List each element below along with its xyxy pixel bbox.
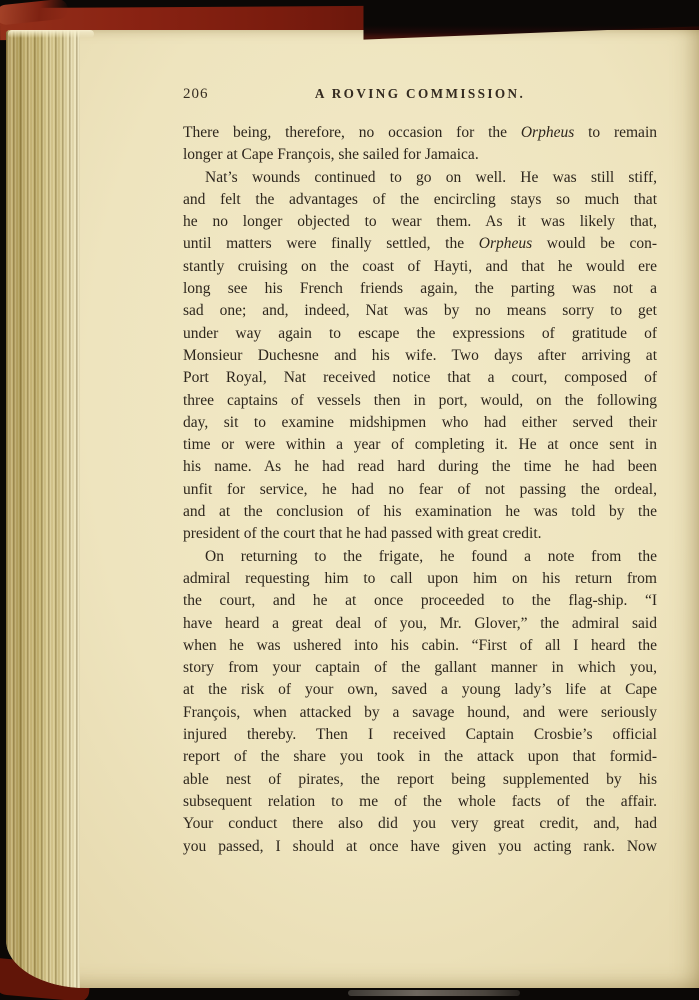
running-title: A ROVING COMMISSION.	[183, 86, 657, 102]
body-text: There being, therefore, no occasion for …	[183, 122, 657, 858]
text-line: he no longer objected to wear them. As i…	[183, 211, 657, 233]
book-cradle-edge	[348, 990, 520, 996]
text-line: the court, and he at once proceeded to t…	[183, 590, 657, 612]
text-line: his name. As he had read hard during the…	[183, 456, 657, 478]
page-number: 206	[183, 86, 209, 103]
text-line: long see his French friends again, the p…	[183, 278, 657, 300]
text-line: stantly cruising on the coast of Hayti, …	[183, 256, 657, 278]
text-line: day, sit to examine midshipmen who had e…	[183, 412, 657, 434]
paragraph: There being, therefore, no occasion for …	[183, 122, 657, 167]
text-line: On returning to the frigate, he found a …	[183, 546, 657, 568]
text-line: Port Royal, Nat received notice that a c…	[183, 367, 657, 389]
text-line: Monsieur Duchesne and his wife. Two days…	[183, 345, 657, 367]
text-line: at the risk of your own, saved a young l…	[183, 679, 657, 701]
text-line: sad one; and, indeed, Nat was by no mean…	[183, 300, 657, 322]
text-line: able nest of pirates, the report being s…	[183, 769, 657, 791]
text-line: There being, therefore, no occasion for …	[183, 122, 657, 144]
text-line: have heard a great deal of you, Mr. Glov…	[183, 613, 657, 635]
text-line: longer at Cape François, she sailed for …	[183, 144, 657, 166]
page-content: 206 A ROVING COMMISSION. There being, th…	[183, 86, 657, 858]
text-line: when he was ushered into his cabin. “Fir…	[183, 635, 657, 657]
fanned-page-edges	[6, 30, 80, 988]
page-top-edge-highlight	[8, 30, 94, 38]
photo-backdrop: 206 A ROVING COMMISSION. There being, th…	[0, 0, 699, 1000]
text-line: injured thereby. Then I received Captain…	[183, 724, 657, 746]
book-page: 206 A ROVING COMMISSION. There being, th…	[6, 30, 699, 988]
text-line: story from your captain of the gallant m…	[183, 657, 657, 679]
text-line: time or were within a year of completing…	[183, 434, 657, 456]
text-line: admiral requesting him to call upon him …	[183, 568, 657, 590]
text-line: François, when attacked by a savage houn…	[183, 702, 657, 724]
italic-text: Orpheus	[479, 235, 532, 252]
text-line: and felt the advantages of the encirclin…	[183, 189, 657, 211]
text-line: under way again to escape the expression…	[183, 323, 657, 345]
text-line: subsequent relation to me of the whole f…	[183, 791, 657, 813]
text-line: and at the conclusion of his examination…	[183, 501, 657, 523]
text-line: three captains of vessels then in port, …	[183, 390, 657, 412]
text-line: you passed, I should at once have given …	[183, 836, 657, 858]
text-line: Nat’s wounds continued to go on well. He…	[183, 167, 657, 189]
text-line: Your conduct there also did you very gre…	[183, 813, 657, 835]
text-line: president of the court that he had passe…	[183, 523, 657, 545]
paragraph: Nat’s wounds continued to go on well. He…	[183, 167, 657, 546]
text-line: unfit for service, he had no fear of not…	[183, 479, 657, 501]
text-line: report of the share you took in the atta…	[183, 746, 657, 768]
italic-text: Orpheus	[521, 124, 574, 141]
text-line: until matters were finally settled, the …	[183, 233, 657, 255]
paragraph: On returning to the frigate, he found a …	[183, 546, 657, 858]
page-header: 206 A ROVING COMMISSION.	[183, 86, 657, 106]
